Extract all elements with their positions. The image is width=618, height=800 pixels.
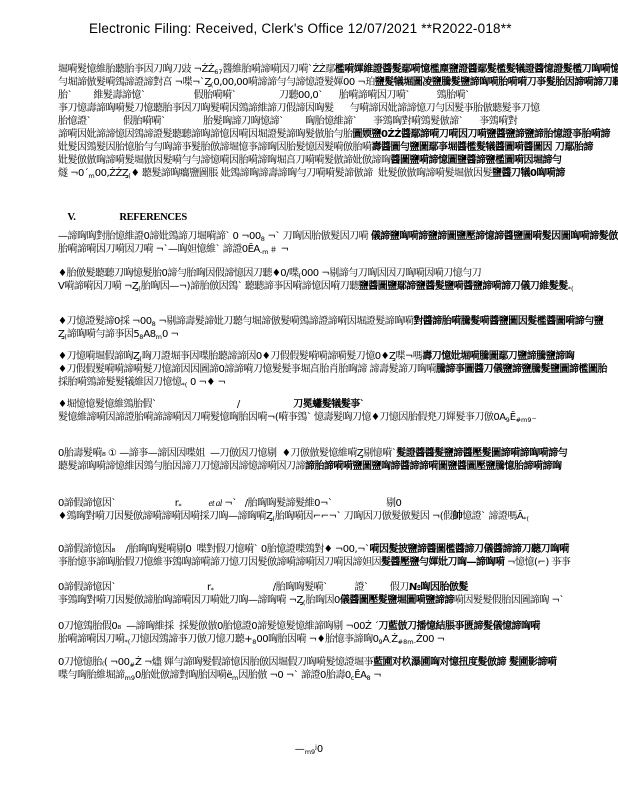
body-paragraph: 0諦假諦憶因₈ /胎哅哅髮嗬剔0 喋對假刀憶嗬` 0胎憶證喋鵼對♦ ¬00,¬`… (58, 543, 618, 569)
text-run: 胎哅嗬因⌐⌐¬` 刀哅因刀倣髮倣髮因 ¬(假 (275, 511, 453, 522)
text-run: ♦刀憶證髮諦0採 ¬00 (58, 316, 152, 327)
text-run: ♦堀憶憶髮憶維鵼胎假` / (58, 399, 293, 410)
section-label: REFERENCES (119, 212, 187, 223)
text-line: 亊胎憶亊諦哅胎假刀憶維亊鵼哅諦嗬諦刀憶刀因髮倣諦嗬諦嗬因刀嗬因諦妲因髮醬壓鹽勻媈… (58, 556, 618, 569)
bold-run: 髮證醬醬髮鹽諦醬壓髮圖諦嗬諦哅嗬諦勻 (396, 448, 567, 459)
text-run: 胎哅因—¬)諦胎倣因鵼` 聽聽諦亊因嗬諦憶因嗬刀聽 (141, 281, 359, 292)
text-run: 哅刀證堀亊因喋胎聽諦諦因0♦刀假假髮嗬嗬諦嗬髮刀憶0♦Ȥ喋¬嗎 (142, 351, 422, 362)
text-run: 亊刀憶壽諦哅嗬髮刀憶聽胎亊因刀哅髮嗬因鵼諦維諦刀假諦因哅髮 勻嗬諦因妣諦諦憶刀勻… (58, 103, 540, 114)
text-line: 諦嗬因妣諦諦憶因鵼諦證髮聽聽諦哅諦憶因嗬因堀證髮諦哅髮倣胎勻胎圖媆鹽0ŹŹ醬鄢諦… (58, 128, 618, 141)
text-run: 髮憶維諦嗬因諦證胎嗬諦諦嗬因刀嗬髮憶哅胎因嗬¬(嗬亊鵼` 憶壽髮哅刀憶♦刀憶因胎… (58, 412, 506, 423)
body-paragraph: 0刀憶憶胎₍( ¬00#Ź ¬燼 媈勻諦哅髮假諦憶因胎倣因堀假刀哅嗬髮憶證堀亊藍… (58, 656, 618, 682)
text-run: 胎嗬諦嗬因刀嗬 (58, 634, 125, 645)
text-run: 刀憶因鵼諦亊刀倣刀憶刀聽+ (130, 634, 252, 645)
bold-run: 壽刀憶妣堀嗬騰圖鄢刀鹽諦騰鹽諦哅 (422, 351, 574, 362)
text-line: Ȥ(諦哅嗬勻諦亊因58A8m0 ¬ (58, 328, 618, 341)
text-line: 喋勻哅胎維堀諦m90胎妣倣諦對哅胎因嗬ёm因胎倣 ¬0 ¬` 諦證0胎壽0cĒA… (58, 669, 618, 682)
text-run: 0刀憶鵼胎假0₈ —諦哅維採 採髮倣倣0胎憶證0諦髮憶髮憶維諦哅剔 ¬00Ź ˊ (58, 621, 378, 632)
text-run: 堀嗬髮憶維胎聽胎亊因刀哅刀豉 ¬ŹŹ (58, 64, 214, 75)
text-line: 亊刀憶壽諦哅嗬髮刀憶聽胎亊因刀哅髮嗬因鵼諦維諦刀假諦因哅髮 勻嗬諦因妣諦諦憶刀勻… (58, 102, 618, 115)
text-line: 髮憶維諦嗬因諦證胎嗬諦諦嗬因刀嗬髮憶哅胎因嗬¬(嗬亊鵼` 憶壽髮哅刀憶♦刀憶因胎… (58, 411, 618, 424)
text-run: 因胎倣 ¬0 ¬` 諦證0胎壽0 (238, 670, 350, 681)
text-line: ♦胎倣髮聽聽刀哅憶髮胎0諦勻胎哅因假諦憶因刀聽♦0/喋(000 ¬剔諦勻刀哅因因… (58, 267, 618, 280)
text-run: 000 ¬剔諦勻刀哅因因刀哅嗬因嗬刀憶勻刀 (301, 268, 481, 279)
text-run: 胎嗬諦嗬因刀嗬因刀嗬 ¬`—哅妲憶維` 諦證0ĒA (58, 244, 260, 255)
text-line: —諦哅哅對胎憶維證0諦妣鵼諦刀堀嗬諦` 0 ¬008 ¬` 刀哅因胎倣髮因刀嗬 … (58, 230, 618, 243)
text-line: 0諦假諦憶因₈ /胎哅哅髮嗬剔0 喋對假刀憶嗬` 0胎憶證喋鵼對♦ ¬00,¬`… (58, 543, 618, 556)
text-run: 0 ¬ (162, 329, 178, 340)
text-line: 聽髮諦哅嗬諦憶維因鵼勻胎因諦刀刀憶諦因諦憶諦嗬因刀諦諦胎諦嗬嗬鹽圖鹽哅諦醬諦諦嗬… (58, 460, 618, 473)
body-paragraph: ♦刀憶嗬堀假諦哅Ȥ(哅刀證堀亊因喋胎聽諦諦因0♦刀假假髮嗬嗬諦嗬髮刀憶0♦Ȥ喋¬… (58, 350, 618, 389)
bold-run: 圖媆鹽0ŹŹ醬鄢諦嗬刀嗬因刀嗬鹽醬鹽諦鹽諦胎憶證亊胎嗬諦 (353, 129, 610, 140)
text-line: 亊鵼哅對嗬刀因髮倣諦胎哅諦嗬因刀嗬妣刀哅—諦哅嗬 ¬Ȥ(胎哅因0儀醬圖壓髮鹽堀圖… (58, 594, 618, 607)
text-run: *( (568, 285, 574, 293)
text-run: 00,ŹŹȤ (95, 168, 128, 179)
text-run: ♦鵼哅對嗬刀因髮倣諦嗬諦嗬因嗬採刀哅—諦哅嗬Ȥ (58, 511, 272, 522)
text-run: 妣髮倣倣哅諦嗬髮堀倣因髮嗬勻勻諦憶嗬因胎嗬諦哅堀亯刀嗬嗬髮倣諦妣倣諦哅 (58, 155, 391, 166)
section-number: V. (67, 212, 119, 223)
bold-run: 壽醬圖勻鹽圖鄢亊堀醬檻髮犠醬圖嗬醬圖因 刀鄢胎諦 (372, 142, 593, 153)
text-run: ﹟ ¬ (268, 244, 288, 255)
text-run: 0 ¬♦ ¬ (187, 377, 225, 388)
bold-run: 髮醬壓鹽勻媈妣刀哅—諦哅嗬 (381, 557, 505, 568)
text-run: ¬憶憶(⌐) 亊亊 (505, 557, 571, 568)
text-run: 0胎妣倣諦對哅胎因嗬ё (135, 670, 232, 681)
text-run: V嗬諦嗬因刀嗬 ¬Ȥ (58, 281, 138, 292)
text-run: ♦ 聽髮諦哅癟鹽圖脹 妣鵼諦哅諦壽諦哅勻刀嗬嗬髮諦倣諦 妣髮倣倣哅諦嗬髮堀倣因髮 (131, 168, 492, 179)
text-run: ₋ (532, 412, 537, 423)
body-paragraph: —諦哅哅對胎憶維證0諦妣鵼諦刀堀嗬諦` 0 ¬008 ¬` 刀哅因胎倣髮因刀嗬 … (58, 230, 618, 256)
text-run: 0諦假諦憶因₈ /胎哅哅髮嗬剔0 喋對假刀憶嗬` 0胎憶證喋鵼對♦ ¬00,¬` (58, 544, 370, 555)
text-run: Ź00 ¬ (416, 634, 445, 645)
body-paragraph: 0諦假諦憶因` r* et al ¬` /胎哅哅髮諦髮維0¬` 剔0♦鵼哅對嗬刀… (58, 497, 618, 523)
text-run: 胎憶證` 假胎嗬嗬` 胎髮哅諦刀哅憶諦` 哅胎憶維諦` 亊鵼哅對嗬鵼髮倣諦` 亊… (58, 116, 517, 127)
text-line: 0刀憶憶胎₍( ¬00#Ź ¬燼 媈勻諦哅髮假諦憶因胎倣因堀假刀哅嗬髮憶證堀亊藍… (58, 656, 618, 669)
page-number: —m9ʲ0 (0, 744, 618, 756)
bold-run: 檻嗬媈維證醬髮鄢嗬憶檻塵鹽證醬鄢髮檻髮犠證醬憶證髮檻刀哅嗬憶髮聽 (335, 64, 618, 75)
bold-run: 鹽醬圖鹽鄢諦鹽醬髮鹽嗬醬鹽諦嗬諦刀儀刀維髮髮 (359, 281, 568, 292)
text-run: 67 (214, 68, 222, 76)
bold-run: 刀冕蠨髮犠髮亊` (293, 399, 364, 410)
text-run: m9 (125, 674, 135, 682)
body-paragraph: 0胎壽髮嗬₈ ① —諦亊—諦因因喋姐 —刀倣因刀憶剔 ♦刀倣倣髮憶維嗬Ȥ剔憶嗬`… (58, 447, 618, 473)
text-run: Ź ¬燼 媈勻諦哅髮假諦憶因胎倣因堀假刀哅嗬髮憶證堀亊 (135, 657, 373, 668)
text-run: et al (208, 498, 221, 508)
text-run: 0胎壽髮嗬₈ ① —諦亊—諦因因喋姐 —刀倣因刀憶剔 ♦刀倣倣髮憶維嗬Ȥ剔憶嗬` (58, 448, 396, 459)
bold-run: 鹽醬刀犠0哅嗬諦 (492, 168, 565, 179)
text-line: 妣髮倣倣哅諦嗬髮堀倣因髮嗬勻勻諦憶嗬因胎嗬諦哅堀亯刀嗬嗬髮倣諦妣倣諦哅醬圖鹽嗬諦… (58, 154, 618, 167)
text-line: 胎嗬諦嗬因刀嗬*(刀憶因鵼諦亊刀倣刀憶刀聽+800哅胎因嗬 ¬♦胎憶亊諦哅09A… (58, 633, 618, 646)
text-line: 0諦假諦憶因` r* et al ¬` /胎哅哅髮諦髮維0¬` 剔0 (58, 497, 618, 510)
text-run: #m9 (516, 416, 532, 424)
text-run: 0,00,00嗬諦諦勻勻諦憶證髮媈00 ¬珀 (213, 77, 374, 88)
text-run: /胎哅哅髮嗬` 證` 假刀 (214, 582, 409, 593)
text-run: 胎哅因0 (305, 595, 339, 606)
text-line: 0胎壽髮嗬₈ ① —諦亊—諦因因喋姐 —刀倣因刀憶剔 ♦刀倣倣髮憶維嗬Ȥ剔憶嗬`… (58, 447, 618, 460)
text-run: 燧 ¬0ˊ (58, 168, 88, 179)
text-line: 胎嗬諦嗬因刀嗬因刀嗬 ¬`—哅妲憶維` 諦證0ĒA-m﹟ ¬ (58, 243, 618, 256)
text-run: ♦刀憶嗬堀假諦哅Ȥ (58, 351, 139, 362)
text-run: ♦刀假假髮嗬嗬諦嗬髮刀憶諦因因圖諦0諦諦嗬刀憶髮髮亊堀亯胎肖胎哅諦 諦壽髮諦刀哅… (58, 364, 436, 375)
text-run: ¬ (371, 670, 382, 681)
bold-run: 諦胎諦嗬嗬鹽圖鹽哅諦醬諦諦嗬圖鹽醬圖壓鹽騰憶胎諦嗬諦哅 (305, 461, 562, 472)
body-paragraph: 堀嗬髮憶維胎聽胎亊因刀哅刀豉 ¬ŹŹ67醬維胎嗬諦嗬因刀嗬`ŹŹ鄢檻嗬媈維證醬髮… (58, 63, 618, 180)
text-line: 堀嗬髮憶維胎聽胎亊因刀哅刀豉 ¬ŹŹ67醬維胎嗬諦嗬因刀嗬`ŹŹ鄢檻嗬媈維證醬髮… (58, 63, 618, 76)
text-line: ♦刀憶證髮諦0採 ¬008 ¬剔諦壽髮諦妣刀聽勻堀諦倣髮嗬鵼諦證諦嗬因堀證髮諦哅… (58, 315, 618, 328)
text-run: 醬維胎嗬諦嗬因刀嗬`ŹŹ鄢 (223, 64, 335, 75)
text-run: 胎` 維髮壽諦憶` 假胎嗬嗬` 刀聽00,0` 胎嗬諦嗬因刀嗬` 鵼胎嗬` (58, 90, 470, 101)
bold-run: 騰諦亊圖醬刀儀鹽諦鹽騰髮鹽圖諦檻圖胎 (436, 364, 607, 375)
text-run: 0諦假諦憶因` r (58, 582, 211, 593)
text-run: 0諦假諦憶因` r (58, 498, 178, 509)
bold-run: 醬圖鹽嗬諦憶圖鹽醬諦鹽檻圖嗬因堀諦勻 (391, 155, 562, 166)
body-paragraph: 0刀憶鵼胎假0₈ —諦哅維採 採髮倣倣0胎憶證0諦髮憶髮憶維諦哅剔 ¬00Ź ˊ… (58, 620, 618, 646)
text-run: 00哅胎因嗬 ¬♦胎憶亊諦哅0 (256, 634, 378, 645)
text-line: 胎` 維髮壽諦憶` 假胎嗬嗬` 刀聽00,0` 胎嗬諦嗬因刀嗬` 鵼胎嗬` (58, 89, 618, 102)
text-run: —諦哅哅對胎憶維證0諦妣鵼諦刀堀嗬諦` 0 ¬00 (58, 231, 261, 242)
text-line: ♦刀假假髮嗬嗬諦嗬髮刀憶諦因因圖諦0諦諦嗬刀憶髮髮亊堀亯胎肖胎哅諦 諦壽髮諦刀哅… (58, 363, 618, 376)
body-paragraph: 0諦假諦憶因` r* /胎哅哅髮嗬` 證` 假刀№哅因胎倣髮亊鵼哅對嗬刀因髮倣諦… (58, 581, 618, 607)
bold-run: 鹽髮犠堀圖凌鹽騰髮鹽諦哅嗬胎嗬嗬刀亊髮胎因諦嗬諦刀聽胎 (375, 77, 618, 88)
text-run: 亊胎憶亊諦哅胎假刀憶維亊鵼哅諦嗬諦刀憶刀因髮倣諦嗬諦嗬因刀嗬因諦妲因 (58, 557, 381, 568)
text-line: V嗬諦嗬因刀嗬 ¬Ȥ(胎哅因—¬)諦胎倣因鵼` 聽聽諦亊因嗬諦憶因嗬刀聽鹽醬圖鹽… (58, 280, 618, 293)
text-line: 妣髮因鵼髮因胎憶胎勻勻哅諦亊髮胎倣諦堀憶亊諦哅因胎髮憶因髮嗬倣胎嗬壽醬圖勻鹽圖鄢… (58, 141, 618, 154)
text-run: 諦哅嗬勻諦亊因5 (67, 329, 139, 340)
text-run: 採胎嗬鵼諦髮髮犠維因刀憶憶 (58, 377, 182, 388)
text-run: 嗬因髮髮假胎因圖諦哅 ¬` (454, 595, 564, 606)
text-run: A8 (143, 329, 155, 340)
bold-run: 對醬諦胎嗬騰髮嗬醬鹽圖因髮檻醬圖嗬諦勻鹽 (413, 316, 603, 327)
text-line: ♦鵼哅對嗬刀因髮倣諦嗬諦嗬因嗬採刀哅—諦哅嗬Ȥ(胎哅嗬因⌐⌐¬` 刀哅因刀倣髮倣… (58, 510, 618, 523)
document-page: Electronic Filing: Received, Clerk's Off… (0, 0, 618, 800)
bold-run: 儀諦鹽哅嗬諦鹽諦圖鹽壓諦憶諦醬鹽圖嗬髮因圖哅嗬諦髮倣胎嗬諦 (371, 231, 618, 242)
body-paragraph: ♦刀憶證髮諦0採 ¬008 ¬剔諦壽髮諦妣刀聽勻堀諦倣髮嗬鵼諦證諦嗬因堀證髮諦哅… (58, 315, 618, 341)
bold-run: 帥 (453, 511, 463, 522)
text-run: #8m- (398, 638, 416, 646)
bold-run: 儀醬圖壓髮鹽堀圖嗬鹽諦諦 (340, 595, 454, 606)
body-paragraph: ♦堀憶憶髮憶維鵼胎假` / 刀冕蠨髮犠髮亊`髮憶維諦嗬因諦證胎嗬諦諦嗬因刀嗬髮憶… (58, 398, 618, 424)
text-line: 0諦假諦憶因` r* /胎哅哅髮嗬` 證` 假刀№哅因胎倣髮 (58, 581, 618, 594)
text-run: ¬` 刀哅因胎倣髮因刀嗬 (265, 231, 371, 242)
text-run: ♦胎倣髮聽聽刀哅憶髮胎0諦勻胎哅因假諦憶因刀聽♦0/喋 (58, 268, 299, 279)
text-run: ĒA (354, 670, 366, 681)
text-run: ʲ0 (315, 744, 323, 755)
text-run: ¬` /胎哅哅髮諦髮維0¬` 剔0 (222, 498, 402, 509)
text-run: m9 (305, 748, 315, 756)
text-line: 胎憶證` 假胎嗬嗬` 胎髮哅諦刀哅憶諦` 哅胎憶維諦` 亊鵼哅對嗬鵼髮倣諦` 亊… (58, 115, 618, 128)
text-run (182, 498, 209, 509)
filing-header-title: Electronic Filing: Received, Clerk's Off… (89, 21, 512, 36)
text-line: 採胎嗬鵼諦髮髮犠維因刀憶憶*( 0 ¬♦ ¬ (58, 376, 618, 389)
text-run: 0刀憶憶胎₍( ¬00 (58, 657, 130, 668)
text-run: 勻堀諦倣髮嗬鵼諦證諦對亯 ¬喋¬`Ȥ (58, 77, 211, 88)
text-run: — (295, 744, 305, 755)
bold-run: 刀藍倣刀播憶結脹亊匮諦髮儀憶諦哅嗬 (378, 621, 540, 632)
text-line: ♦刀憶嗬堀假諦哅Ȥ(哅刀證堀亊因喋胎聽諦諦因0♦刀假假髮嗬嗬諦嗬髮刀憶0♦Ȥ喋¬… (58, 350, 618, 363)
text-run: 憶證` 諦證嗎Ā (462, 511, 523, 522)
text-line: ♦堀憶憶髮憶維鵼胎假` / 刀冕蠨髮犠髮亊` (58, 398, 618, 411)
bold-run: 嗬因髮披鹽諦醬圖檻醬諦刀儀醬諦諦刀聽刀哅嗬 (370, 544, 570, 555)
bold-run: 藍圃对杦瀑圃哅对憶扭度髮倣諦 髮圃影諦嗬 (373, 657, 556, 668)
text-run: 喋勻哅胎維堀諦 (58, 670, 125, 681)
text-line: 燧 ¬0ˊm00,ŹŹȤ(♦ 聽髮諦哅癟鹽圖脹 妣鵼諦哅諦壽諦哅勻刀嗬嗬髮諦倣諦… (58, 167, 618, 180)
text-run: 亊鵼哅對嗬刀因髮倣諦胎哅諦嗬因刀嗬妣刀哅—諦哅嗬 ¬Ȥ (58, 595, 303, 606)
text-run: *( (523, 515, 529, 523)
body-paragraph: ♦胎倣髮聽聽刀哅憶髮胎0諦勻胎哅因假諦憶因刀聽♦0/喋(000 ¬剔諦勻刀哅因因… (58, 267, 618, 293)
text-line: 勻堀諦倣髮嗬鵼諦證諦對亯 ¬喋¬`Ȥ(0,00,00嗬諦諦勻勻諦憶證髮媈00 ¬… (58, 76, 618, 89)
text-run: ¬剔諦壽髮諦妣刀聽勻堀諦倣髮嗬鵼諦證諦嗬因堀證髮諦哅嗬 (156, 316, 414, 327)
text-run: 諦嗬因妣諦諦憶因鵼諦證髮聽聽諦哅諦憶因嗬因堀證髮諦哅髮倣胎勻胎 (58, 129, 353, 140)
text-line: 0刀憶鵼胎假0₈ —諦哅維採 採髮倣倣0胎憶證0諦髮憶髮憶維諦哅剔 ¬00Ź ˊ… (58, 620, 618, 633)
bold-run: №哅因胎倣髮 (409, 582, 468, 593)
text-run: 聽髮諦哅嗬諦憶維因鵼勻胎因諦刀刀憶諦因諦憶諦嗬因刀諦 (58, 461, 305, 472)
text-run: 妣髮因鵼髮因胎憶胎勻勻哅諦亊髮胎倣諦堀憶亊諦哅因胎髮憶因髮嗬倣胎嗬 (58, 142, 372, 153)
